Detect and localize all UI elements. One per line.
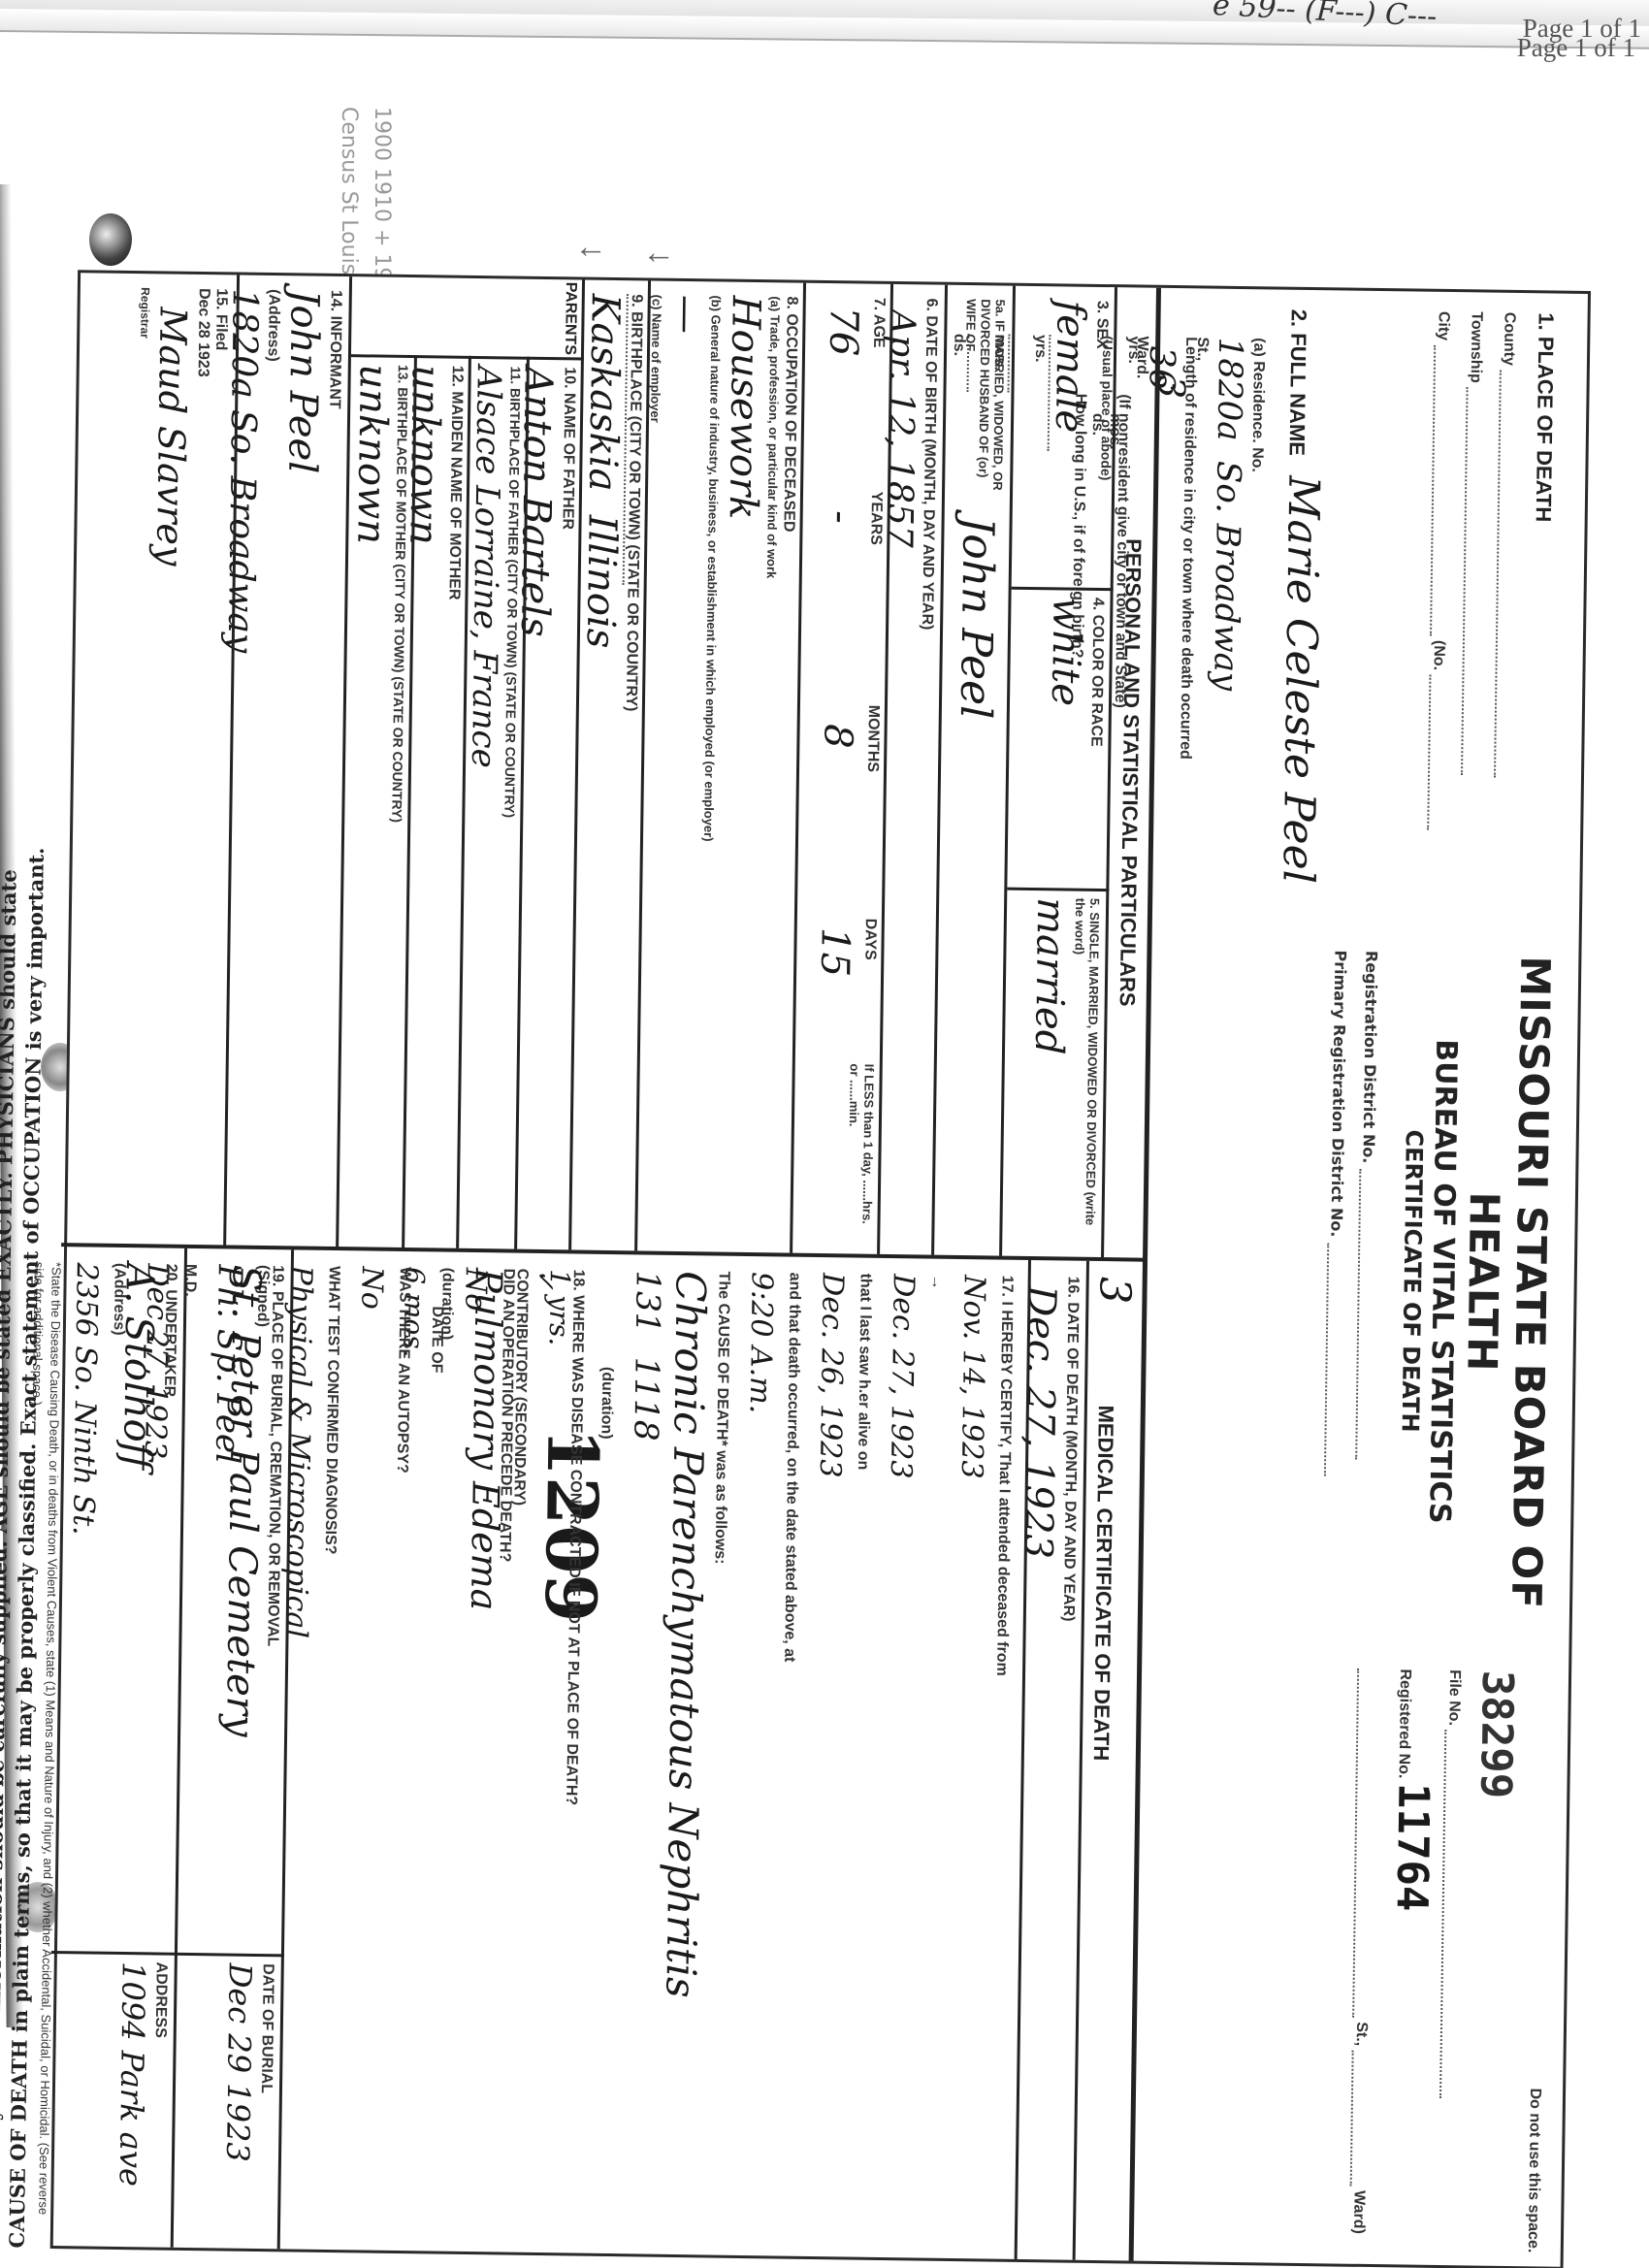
certificate-title-block: MISSOURI STATE BOARD OF HEALTH BUREAU OF… [1321, 911, 1560, 1651]
file-number-stamp: 38299 [1471, 1669, 1522, 1798]
file-number-block: Do not use this space. 38299 File No. Re… [1349, 1669, 1549, 2253]
arrow-down-icon: ↓ [573, 243, 611, 260]
punch-hole-top [89, 213, 132, 266]
scan-header-strip: e 59-- (F---) C--- Page 1 of 1 Page 1 of… [0, 0, 1649, 58]
mother-birthplace-field: 13. BIRTHPLACE OF MOTHER (CITY OR TOWN) … [339, 364, 411, 1238]
primary-district-field[interactable] [1324, 1243, 1350, 1475]
deceased-name: Marie Celeste Peel [1273, 475, 1328, 884]
race-field: 4. COLOR OR RACE white [1040, 597, 1106, 879]
place-no-field[interactable] [1427, 674, 1452, 829]
place-of-death-block: 1. PLACE OF DEATH County Township City (… [1426, 311, 1559, 934]
residence-street: So. Broadway [1206, 461, 1247, 692]
undertaker-address-field: ADDRESS 1094 Park ave [112, 1961, 170, 2234]
registration-district-field[interactable] [1355, 1169, 1382, 1460]
age-field: 7. AGE 76 YEARS - MONTHS 8 DAYS 15 If LE… [796, 297, 888, 1248]
do-not-use-note: Do not use this space. [1524, 1670, 1549, 2252]
disease-details: 18. WHERE WAS DISEASE CONTRACTED IF NOT … [16, 1262, 595, 2230]
marital-status-field: 5. SINGLE, MARRIED, WIDOWED OR DIVORCED … [1023, 897, 1102, 1247]
registrar-signature: Maud Slavrey [148, 307, 195, 566]
burial-date-field: DATE OF BURIAL Dec 29 1923 [218, 1962, 276, 2235]
cause-of-death: Chronic Parenchymatous Nephritis [657, 1271, 714, 1998]
city-field[interactable] [1430, 344, 1457, 635]
certificate-header: 1. PLACE OF DEATH County Township City (… [1309, 290, 1588, 2266]
death-certificate: 1. PLACE OF DEATH County Township City (… [50, 270, 1591, 2268]
residence-number: 1820a [1210, 338, 1249, 441]
sex-field: 3. SEX female [1045, 300, 1111, 582]
township-field[interactable] [1461, 387, 1490, 775]
arrow-down-icon: ↓ [641, 249, 679, 266]
certificate-form: 1. PLACE OF DEATH County Township City (… [50, 270, 1591, 2268]
file-no-field[interactable] [1439, 1730, 1468, 2098]
burial-place-field: 19. PLACE OF BURIAL, CREMATION, OR REMOV… [214, 1264, 286, 1944]
parents-section-title: PARENTS [561, 279, 579, 357]
page-title: MISSOURI STATE BOARD OF HEALTH [1454, 913, 1560, 1651]
filed-field: 15. Filed Dec 28 1923 Maud Slavrey Regis… [125, 287, 230, 1239]
page-indicator-duplicate: Page 1 of 1 [1517, 33, 1635, 63]
registered-number: 11764 [1387, 1783, 1439, 1912]
undertaker-field: 20. UNDERTAKER A. Stolhoff [108, 1263, 179, 1943]
county-field[interactable] [1494, 370, 1523, 777]
